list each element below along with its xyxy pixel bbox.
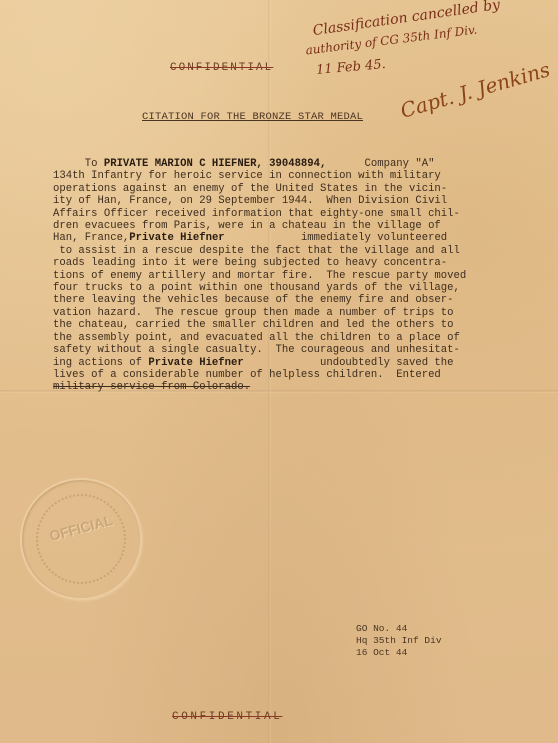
go-date: 16 Oct 44: [356, 647, 407, 658]
body-line: dren evacuees from Paris, were in a chat…: [53, 220, 441, 232]
body-line: to assist in a rescue despite the fact t…: [53, 245, 460, 257]
signature: Capt. J. Jenkins: [398, 57, 553, 123]
body-line: immediately volunteered: [225, 232, 448, 244]
document-title: CITATION FOR THE BRONZE STAR MEDAL: [142, 111, 363, 123]
body-line: safety without a single casualty. The co…: [53, 344, 460, 356]
embossed-official-seal: OFFICIAL: [20, 478, 142, 600]
classification-bottom: CONFIDENTIAL: [172, 711, 282, 723]
handwritten-note-date: 11 Feb 45.: [315, 57, 386, 78]
body-line: vation hazard. The rescue group then mad…: [53, 307, 454, 319]
general-order-block: GO No. 44 Hq 35th Inf Div 16 Oct 44: [356, 623, 442, 659]
body-line: undoubtedly saved the: [244, 357, 454, 369]
body-line-struck: military service from Colorado.: [53, 381, 250, 393]
body-line: there leaving the vehicles because of th…: [53, 294, 454, 306]
body-line: To: [53, 158, 104, 170]
classification-top: CONFIDENTIAL: [170, 62, 273, 74]
go-headquarters: Hq 35th Inf Div: [356, 635, 442, 646]
go-number: GO No. 44: [356, 623, 407, 634]
body-line: Han, France,: [53, 232, 129, 244]
body-line: ing actions of: [53, 357, 148, 369]
body-line: the chateau, carried the smaller childre…: [53, 319, 454, 331]
body-line: roads leading into it were being subject…: [53, 257, 447, 269]
document-page: CONFIDENTIAL Classification cancelled by…: [0, 0, 558, 743]
recipient-short-name: Private Hiefner: [129, 232, 224, 244]
body-line: lives of a considerable number of helple…: [53, 369, 441, 381]
body-line: Company "A": [326, 158, 434, 170]
body-line: four trucks to a point within one thousa…: [53, 282, 460, 294]
recipient-name: PRIVATE MARION C HIEFNER, 39048894,: [104, 158, 327, 170]
body-line: 134th Infantry for heroic service in con…: [53, 170, 441, 182]
citation-body: To PRIVATE MARION C HIEFNER, 39048894, C…: [53, 158, 473, 394]
recipient-short-name: Private Hiefner: [148, 357, 243, 369]
body-line: tions of enemy artillery and mortar fire…: [53, 270, 466, 282]
body-line: ity of Han, France, on 29 September 1944…: [53, 195, 447, 207]
body-line: the assembly point, and evacuated all th…: [53, 332, 460, 344]
body-line: Affairs Officer received information tha…: [53, 208, 460, 220]
body-line: operations against an enemy of the Unite…: [53, 183, 447, 195]
